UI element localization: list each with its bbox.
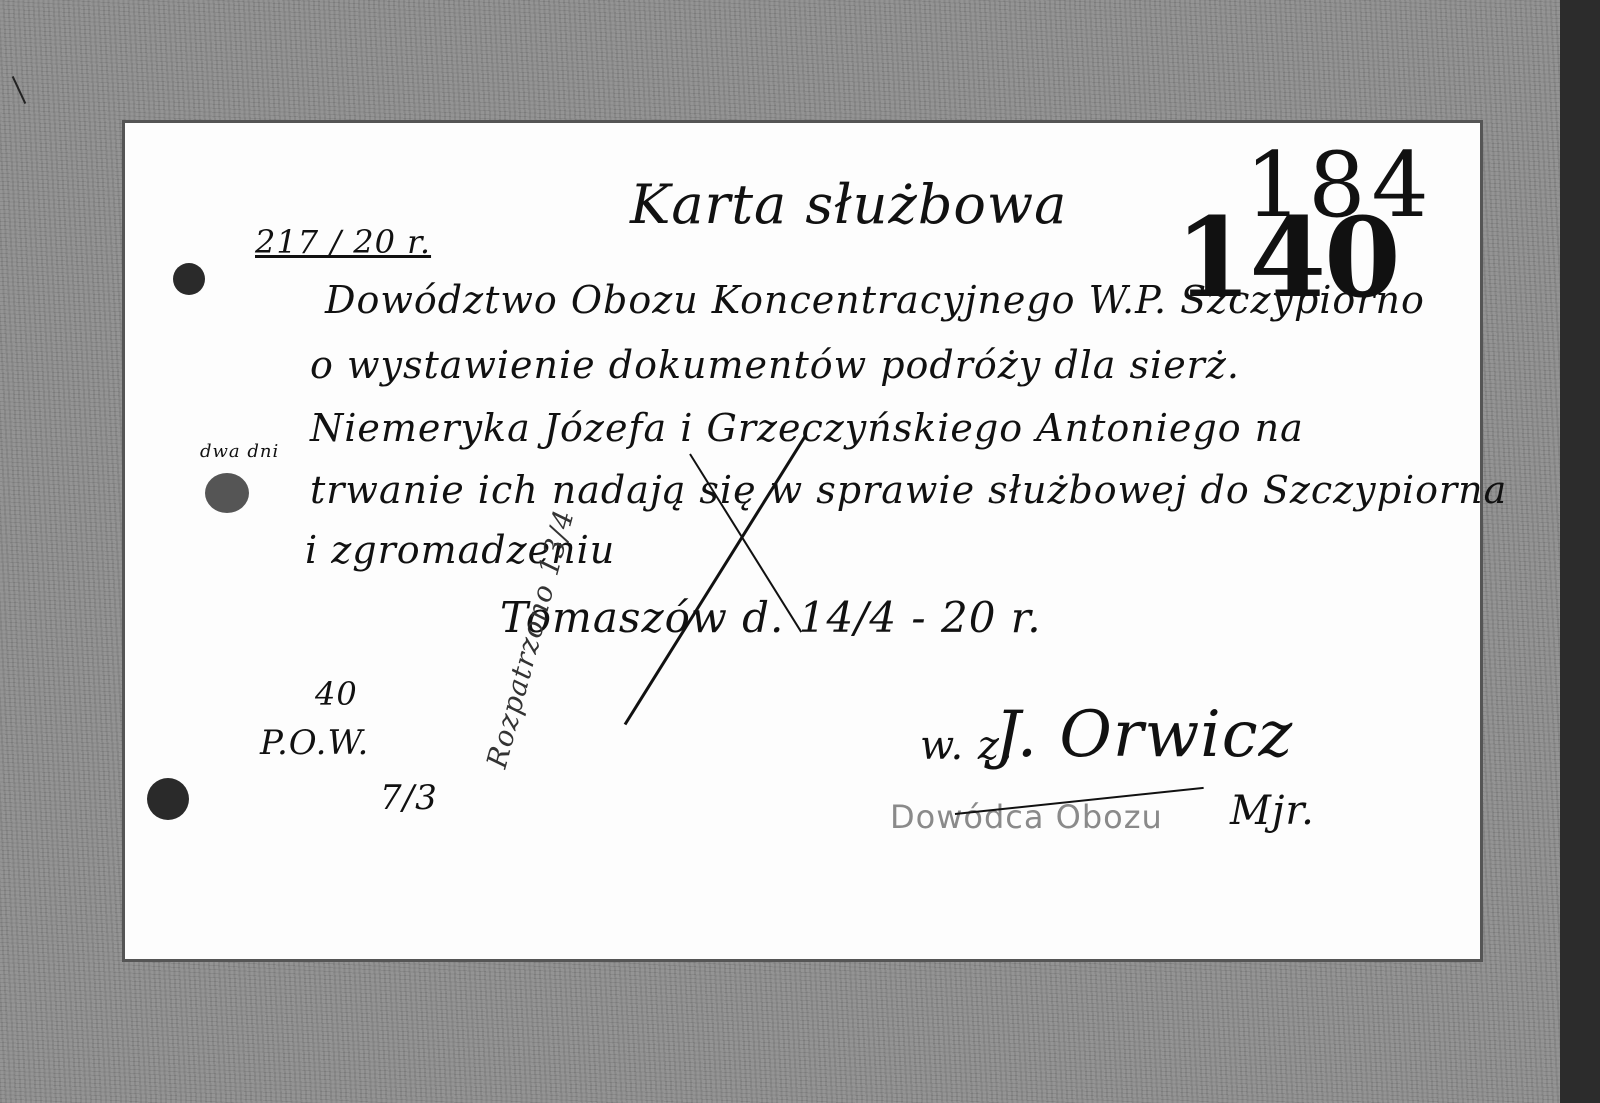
body-line-3: Niemeryka Józefa i Grzeczyńskiego Antoni… <box>310 406 1304 450</box>
margin-note: dwa dni <box>200 441 279 462</box>
annotation-number: 40 <box>315 675 358 713</box>
reference-number-text: 217 / 20 r. <box>255 223 431 261</box>
commander-stamp: Dowódca Obozu <box>890 798 1163 836</box>
place-and-date: Tomaszów d. 14/4 - 20 r. <box>500 593 1042 642</box>
background-scratch <box>12 76 26 104</box>
annotation-pow: P.O.W. <box>260 723 369 763</box>
annotation-fraction: 7/3 <box>380 778 438 818</box>
dark-binding-edge <box>1560 0 1600 1103</box>
reference-number: 217 / 20 r. <box>255 223 431 261</box>
signature: J. Orwicz <box>995 698 1293 772</box>
punch-hole-bottom <box>147 778 189 820</box>
document-title: Karta służbowa <box>630 173 1067 236</box>
body-line-2: o wystawienie dokumentów podróży dla sie… <box>310 343 1240 387</box>
ink-blot <box>205 473 249 513</box>
punch-hole-top <box>173 263 205 295</box>
body-line-1: Dowództwo Obozu Koncentracyjnego W.P. Sz… <box>325 278 1425 322</box>
signature-rank: Mjr. <box>1230 788 1315 834</box>
body-line-4: trwanie ich nadają się w sprawie służbow… <box>310 468 1507 512</box>
document-card: 184 140 Karta służbowa 217 / 20 r. Dowód… <box>125 123 1480 959</box>
